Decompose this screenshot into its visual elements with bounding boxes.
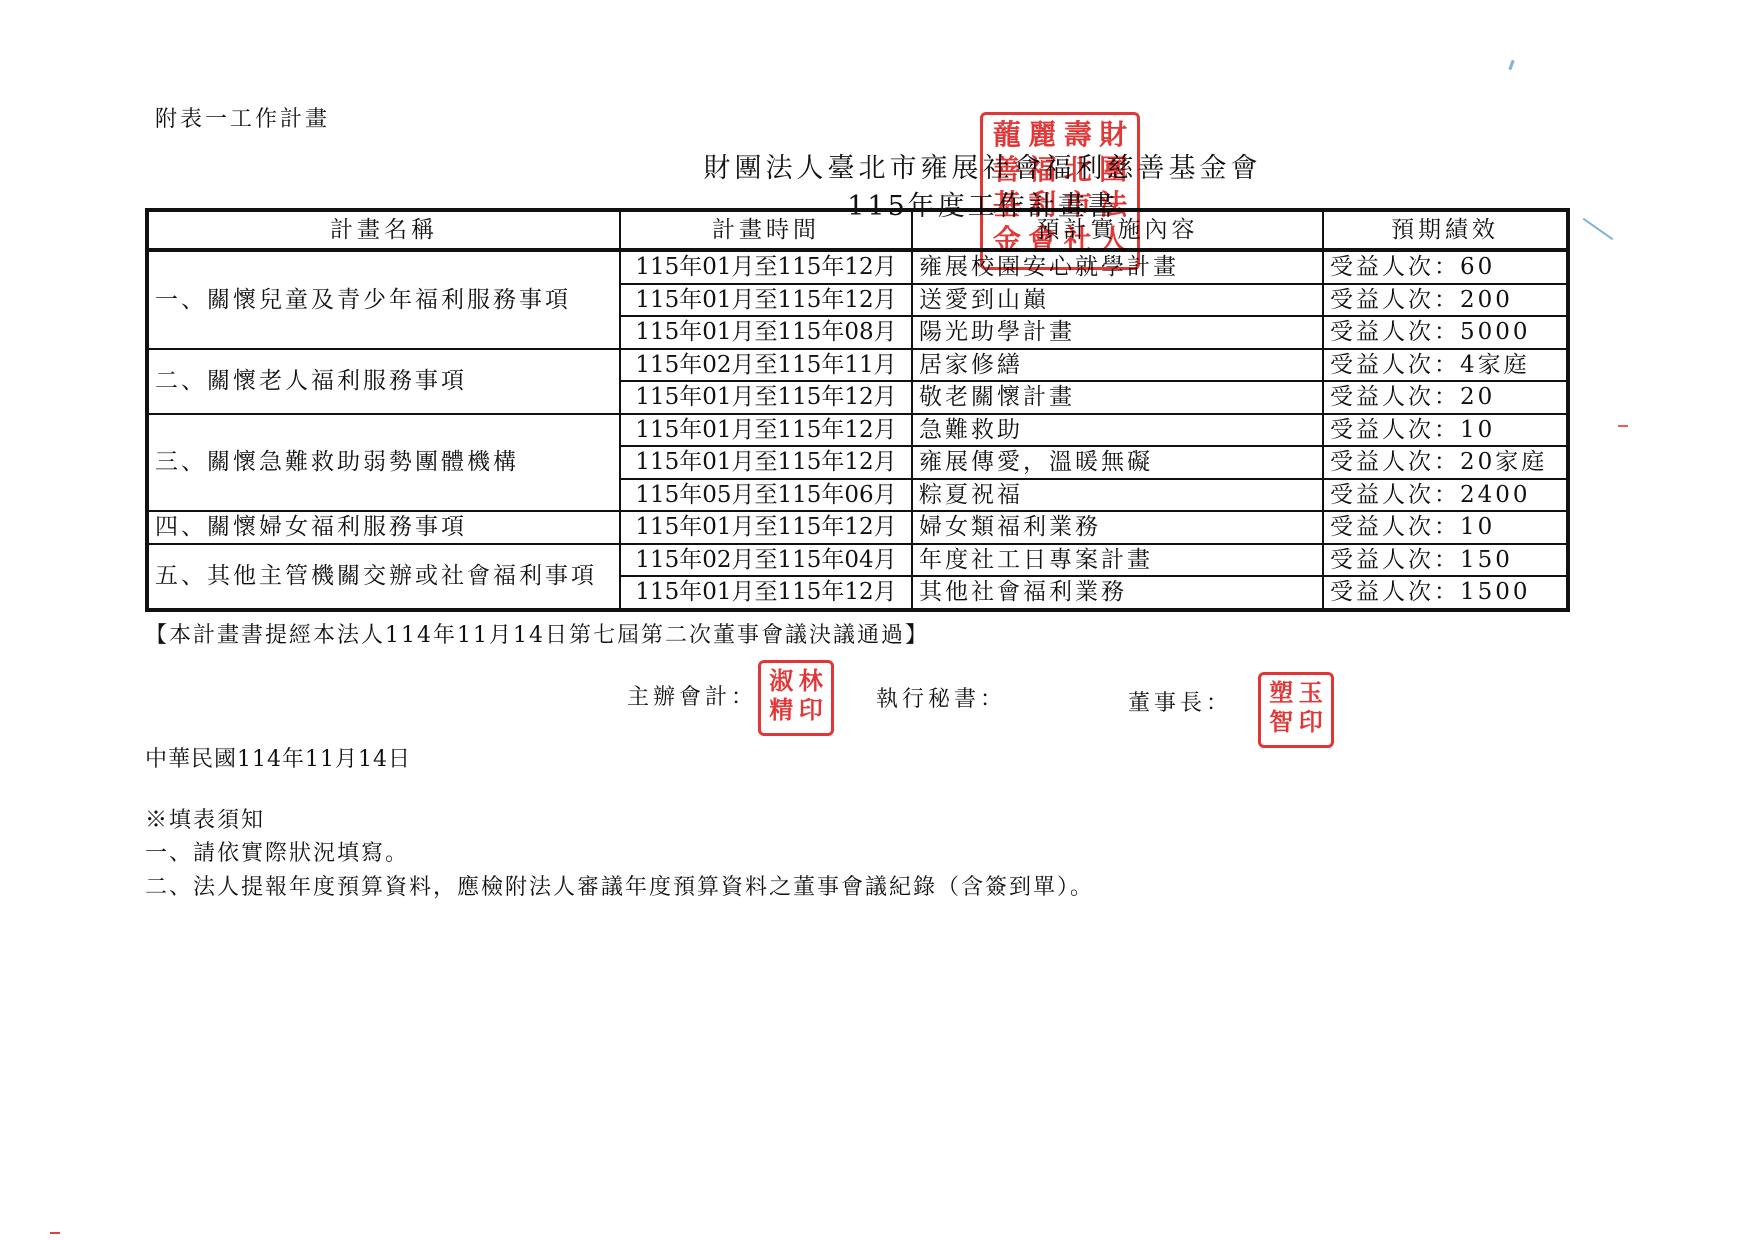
notes-title: ※填表須知	[145, 803, 265, 834]
note-item: 二、法人提報年度預算資料，應檢附法人審議年度預算資料之董事會議紀錄（含簽到單）。	[145, 870, 1094, 901]
table-row: 四、關懷婦女福利服務事項115年01月至115年12月婦女類福利業務受益人次：1…	[147, 511, 1568, 544]
chairman-seal-icon: 塑玉智印	[1258, 672, 1334, 748]
plan-category-name: 一、關懷兒童及青少年福利服務事項	[147, 250, 620, 349]
header-plan-period: 計畫時間	[620, 210, 912, 250]
secretary-label: 執行秘書：	[876, 682, 1006, 713]
scan-artifact	[1618, 425, 1628, 427]
organization-title: 財團法人臺北市雍展社會福利慈善基金會	[0, 146, 1755, 185]
header-plan-name: 計畫名稱	[147, 210, 620, 250]
planned-content-cell: 年度社工日專案計畫	[912, 544, 1323, 577]
planned-content-cell: 婦女類福利業務	[912, 511, 1323, 544]
planned-content-cell: 粽夏祝福	[912, 479, 1323, 512]
expected-outcome-cell: 受益人次：60	[1323, 250, 1568, 284]
expected-outcome-cell: 受益人次：20	[1323, 381, 1568, 414]
table-row: 五、其他主管機關交辦或社會福利事項115年02月至115年04月年度社工日專案計…	[147, 544, 1568, 577]
plan-period-cell: 115年01月至115年12月	[620, 446, 912, 479]
planned-content-cell: 送愛到山巔	[912, 284, 1323, 317]
expected-outcome-cell: 受益人次：20家庭	[1323, 446, 1568, 479]
plan-period-cell: 115年01月至115年12月	[620, 511, 912, 544]
note-item: 一、請依實際狀況填寫。	[145, 836, 409, 867]
header-expected-outcome: 預期績效	[1323, 210, 1568, 250]
plan-period-cell: 115年02月至115年04月	[620, 544, 912, 577]
expected-outcome-cell: 受益人次：5000	[1323, 316, 1568, 349]
attachment-label: 附表一工作計畫	[155, 102, 330, 133]
plan-category-name: 五、其他主管機關交辦或社會福利事項	[147, 544, 620, 610]
table-row: 三、關懷急難救助弱勢團體機構115年01月至115年12月急難救助受益人次：10	[147, 414, 1568, 447]
table-header-row: 計畫名稱 計畫時間 預計實施內容 預期績效	[147, 210, 1568, 250]
plan-category-name: 四、關懷婦女福利服務事項	[147, 511, 620, 544]
expected-outcome-cell: 受益人次：1500	[1323, 576, 1568, 610]
document-date: 中華民國114年11月14日	[145, 742, 411, 773]
planned-content-cell: 陽光助學計畫	[912, 316, 1323, 349]
plan-period-cell: 115年01月至115年08月	[620, 316, 912, 349]
plan-period-cell: 115年01月至115年12月	[620, 576, 912, 610]
plan-period-cell: 115年01月至115年12月	[620, 414, 912, 447]
expected-outcome-cell: 受益人次：2400	[1323, 479, 1568, 512]
planned-content-cell: 敬老關懷計畫	[912, 381, 1323, 414]
plan-category-name: 三、關懷急難救助弱勢團體機構	[147, 414, 620, 512]
plan-period-cell: 115年01月至115年12月	[620, 284, 912, 317]
work-plan-table: 計畫名稱 計畫時間 預計實施內容 預期績效 一、關懷兒童及青少年福利服務事項11…	[145, 208, 1570, 612]
plan-period-cell: 115年01月至115年12月	[620, 381, 912, 414]
scan-artifact	[1508, 60, 1514, 70]
plan-period-cell: 115年02月至115年11月	[620, 349, 912, 382]
planned-content-cell: 急難救助	[912, 414, 1323, 447]
organization-seal-icon: 蘢麗壽財 善福北團 基利市法 金會社人	[980, 112, 1140, 270]
planned-content-cell: 雍展傳愛，溫暖無礙	[912, 446, 1323, 479]
accountant-label: 主辦會計：	[627, 680, 757, 711]
expected-outcome-cell: 受益人次：150	[1323, 544, 1568, 577]
accountant-seal-icon: 淑林精印	[758, 660, 834, 736]
expected-outcome-cell: 受益人次：4家庭	[1323, 349, 1568, 382]
chairman-label: 董事長：	[1128, 686, 1232, 717]
expected-outcome-cell: 受益人次：10	[1323, 414, 1568, 447]
planned-content-cell: 居家修繕	[912, 349, 1323, 382]
table-row: 二、關懷老人福利服務事項115年02月至115年11月居家修繕受益人次：4家庭	[147, 349, 1568, 382]
table-body: 一、關懷兒童及青少年福利服務事項115年01月至115年12月雍展校園安心就學計…	[147, 250, 1568, 610]
board-resolution-note: 【本計畫書提經本法人114年11月14日第七屆第二次董事會議決議通過】	[145, 618, 929, 649]
planned-content-cell: 其他社會福利業務	[912, 576, 1323, 610]
expected-outcome-cell: 受益人次：200	[1323, 284, 1568, 317]
plan-period-cell: 115年05月至115年06月	[620, 479, 912, 512]
plan-period-cell: 115年01月至115年12月	[620, 250, 912, 284]
table-row: 一、關懷兒童及青少年福利服務事項115年01月至115年12月雍展校園安心就學計…	[147, 250, 1568, 284]
plan-category-name: 二、關懷老人福利服務事項	[147, 349, 620, 414]
expected-outcome-cell: 受益人次：10	[1323, 511, 1568, 544]
scan-artifact	[50, 1232, 60, 1234]
